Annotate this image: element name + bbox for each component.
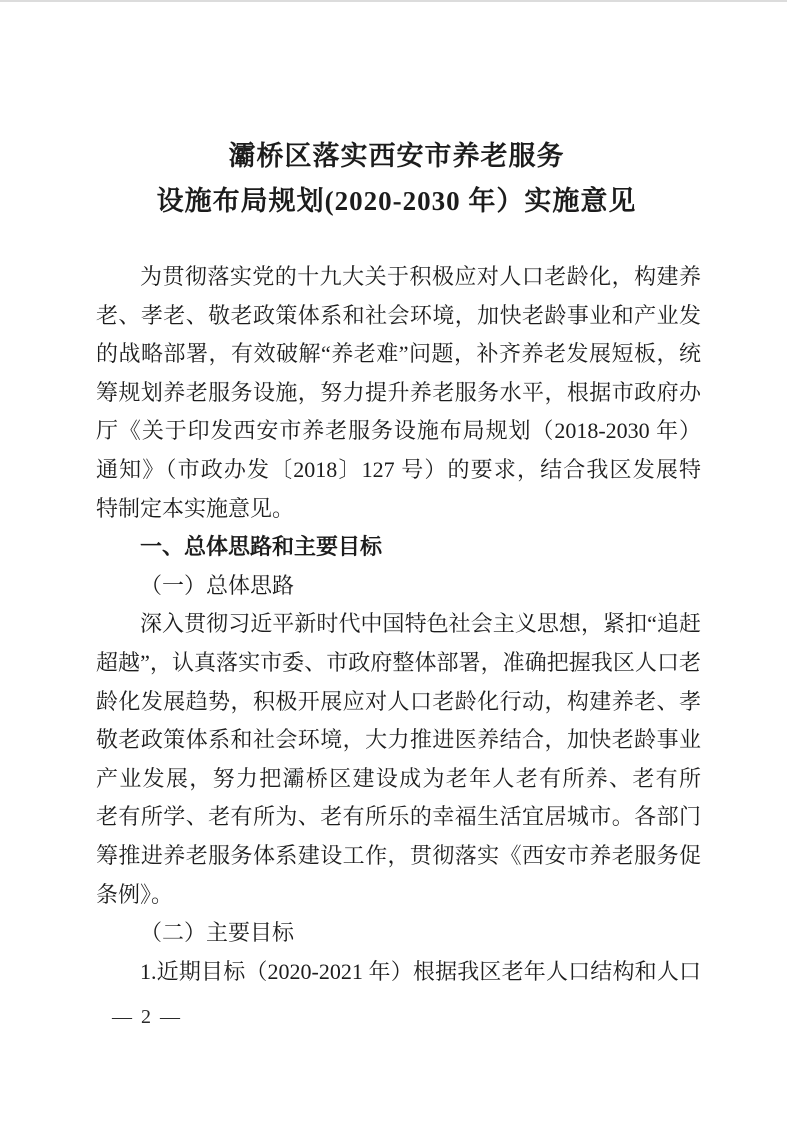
- paragraph-line: 敬老政策体系和社会环境，大力推进医养结合，加快老龄事业和: [96, 721, 701, 760]
- document-page: 灞桥区落实西安市养老服务 设施布局规划(2020-2030 年）实施意见 为贯彻…: [0, 0, 793, 1122]
- paragraph-line: 特制定本实施意见。: [96, 490, 701, 529]
- paragraph-line: 龄化发展趋势，积极开展应对人口老龄化行动，构建养老、孝老、: [96, 683, 701, 722]
- document-title: 灞桥区落实西安市养老服务 设施布局规划(2020-2030 年）实施意见: [0, 134, 793, 224]
- paragraph-line: 深入贯彻习近平新时代中国特色社会主义思想，紧扣“追赶: [96, 605, 701, 644]
- paragraph-line: 为贯彻落实党的十九大关于积极应对人口老龄化，构建养: [96, 258, 701, 297]
- paragraph-line: 筹推进养老服务体系建设工作，贯彻落实《西安市养老服务促进: [96, 837, 701, 876]
- paragraph-line: 筹规划养老服务设施，努力提升养老服务水平，根据市政府办公: [96, 374, 701, 413]
- paragraph-line: 1.近期目标（2020-2021 年）根据我区老年人口结构和人口: [96, 953, 701, 992]
- document-title-line-2: 设施布局规划(2020-2030 年）实施意见: [0, 179, 793, 224]
- page-number: — 2 —: [112, 1004, 182, 1030]
- paragraph-line: 老、孝老、敬老政策体系和社会环境，加快老龄事业和产业发展: [96, 297, 701, 336]
- subsection-heading: （一）总体思路: [96, 567, 701, 606]
- section-heading: 一、总体思路和主要目标: [96, 528, 701, 567]
- paragraph-line: 通知》（市政办发〔2018〕127 号）的要求，结合我区发展特色，: [96, 451, 701, 490]
- paragraph-line: 超越”，认真落实市委、市政府整体部署，准确把握我区人口老: [96, 644, 701, 683]
- paragraph: 深入贯彻习近平新时代中国特色社会主义思想，紧扣“追赶超越”，认真落实市委、市政府…: [96, 605, 701, 914]
- paragraph-line: 条例》。: [96, 876, 701, 915]
- document-blocks: 为贯彻落实党的十九大关于积极应对人口老龄化，构建养老、孝老、敬老政策体系和社会环…: [96, 258, 701, 991]
- paragraph-line: 的战略部署，有效破解“养老难”问题，补齐养老发展短板，统: [96, 335, 701, 374]
- document-title-line-1: 灞桥区落实西安市养老服务: [0, 134, 793, 179]
- paragraph: 1.近期目标（2020-2021 年）根据我区老年人口结构和人口: [96, 953, 701, 992]
- subsection-heading: （二）主要目标: [96, 914, 701, 953]
- paragraph: 为贯彻落实党的十九大关于积极应对人口老龄化，构建养老、孝老、敬老政策体系和社会环…: [96, 258, 701, 528]
- paragraph-line: 产业发展，努力把灞桥区建设成为老年人老有所养、老有所医、: [96, 760, 701, 799]
- paragraph-line: 厅《关于印发西安市养老服务设施布局规划（2018-2030 年）的: [96, 412, 701, 451]
- paragraph-line: 老有所学、老有所为、老有所乐的幸福生活宜居城市。各部门统: [96, 798, 701, 837]
- scan-edge-artifact: [0, 0, 787, 2]
